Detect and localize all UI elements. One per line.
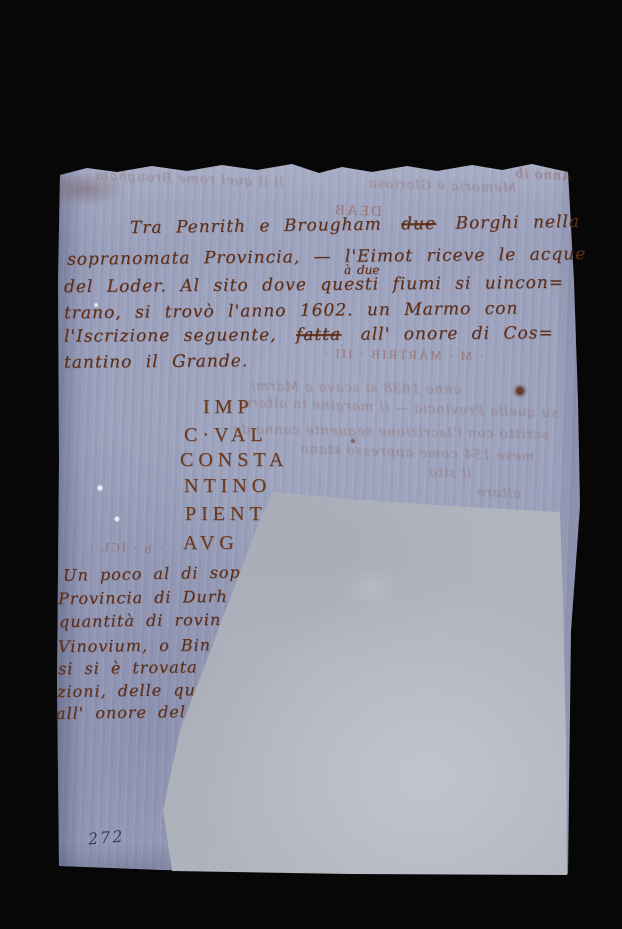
manuscript-line: all' onore dele xyxy=(56,702,197,723)
ghost-text: altare xyxy=(476,485,521,502)
line5-text-a: l'Iscrizione seguente, xyxy=(64,325,277,346)
ghost-inscription-martrib: · M · MARTRIB · III · xyxy=(322,346,484,365)
manuscript-line: tantino il Grande. xyxy=(64,351,248,373)
inscription-line: CONSTA xyxy=(180,449,288,472)
ghost-text: il sito xyxy=(428,465,472,482)
line5-text-b: all' onore di Cos= xyxy=(361,323,554,344)
manuscript-line: Provincia di Durh xyxy=(58,587,228,608)
line1-text-a: Tra Penrith e Brougham xyxy=(130,215,382,239)
line1-text-b: Borghi nella xyxy=(455,212,580,234)
page-number: 272 xyxy=(87,826,125,848)
inscription-line: NTINO xyxy=(184,475,271,498)
manuscript-line: quantità di rovine xyxy=(59,610,232,631)
inscription-line: PIENT xyxy=(185,503,267,526)
line1-struck-word: due xyxy=(401,214,436,234)
slide-photo: li il quel rome Brougham Memoria e Glori… xyxy=(0,0,622,929)
manuscript-line: Un poco al di sopra xyxy=(63,562,260,584)
ghost-inscription-icl: · b · ICL · xyxy=(88,539,163,558)
inscription-line: C·VAL xyxy=(184,424,268,447)
ghost-text: Anno ib xyxy=(514,167,572,185)
manuscript-line: l'Iscrizione seguente, fatta all' onore … xyxy=(64,323,554,346)
inscription-line: AVG xyxy=(183,532,239,555)
inscription-line: IMP xyxy=(203,396,254,419)
line5-struck-word: fatta xyxy=(296,325,341,345)
